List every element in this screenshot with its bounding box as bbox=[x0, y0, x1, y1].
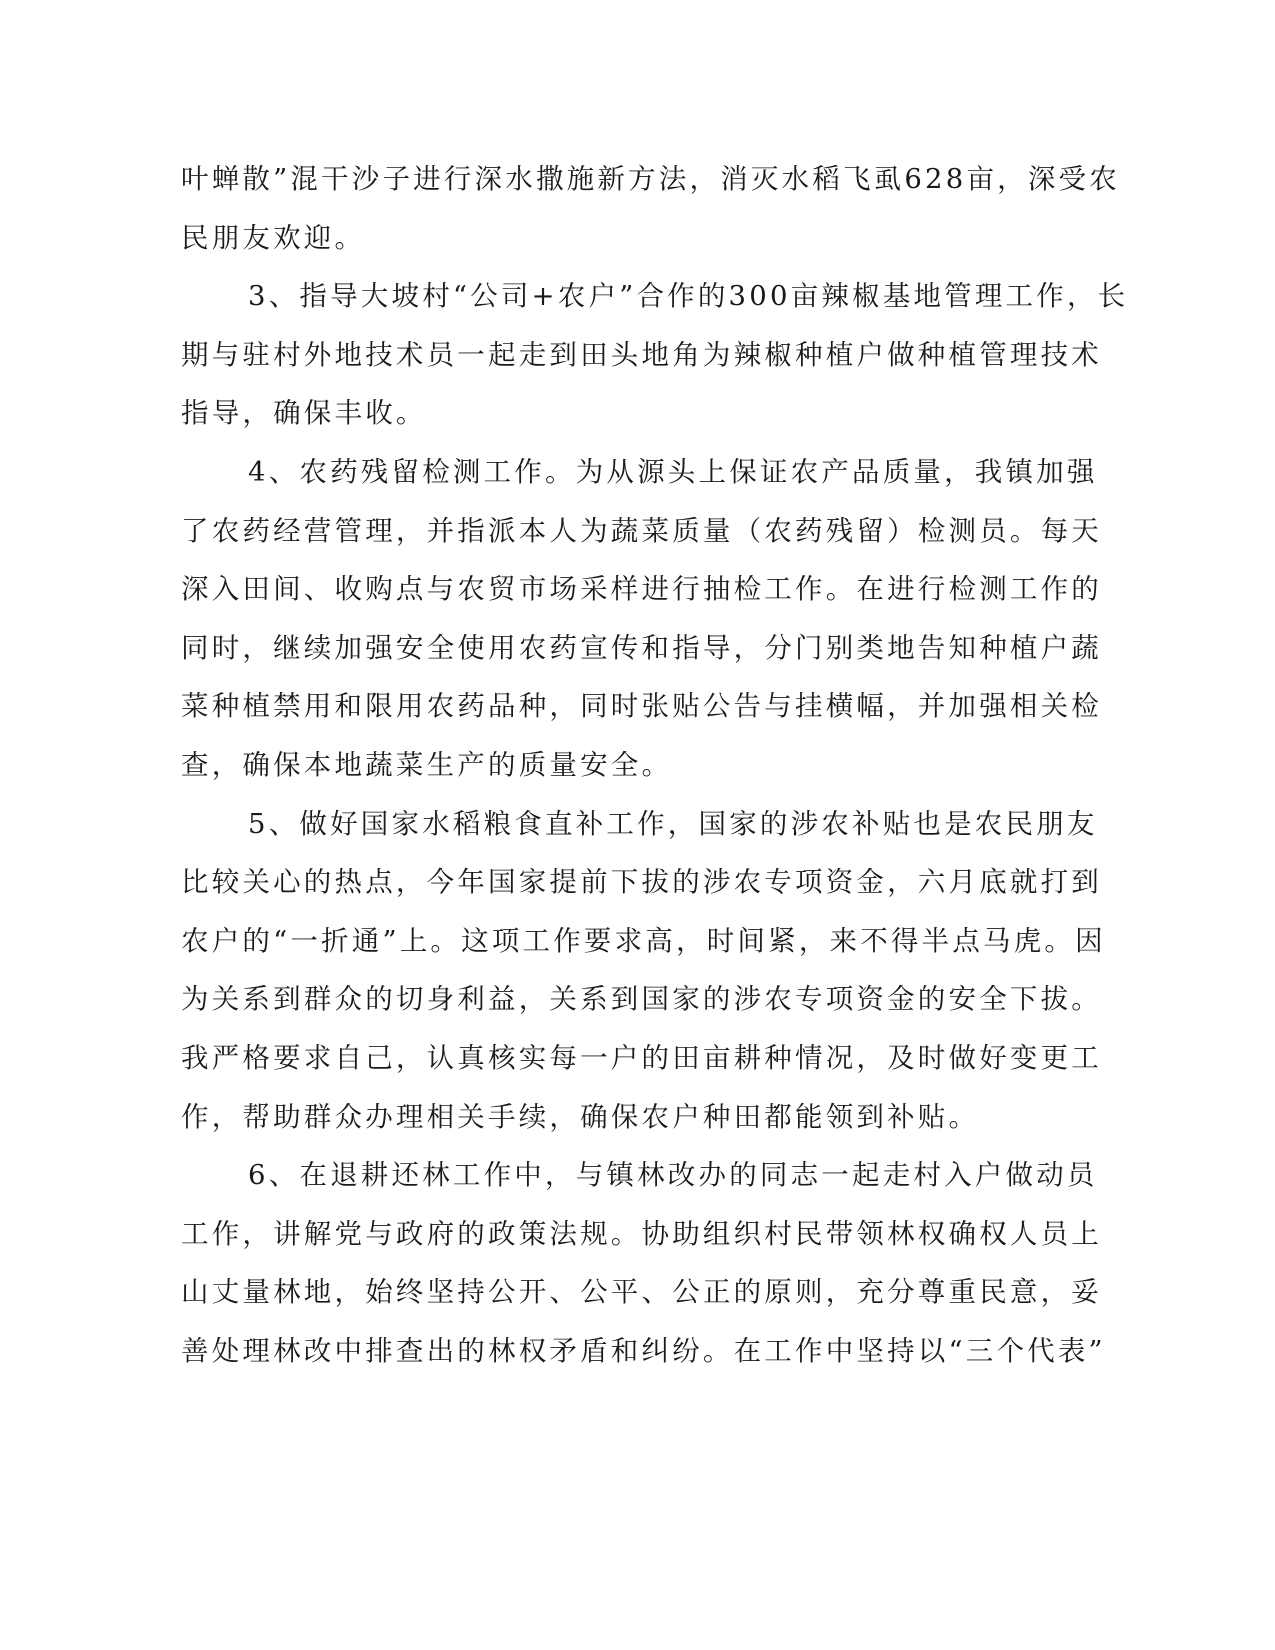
text-line: 工作，讲解党与政府的政策法规。协助组织村民带领林权确权人员上 bbox=[181, 1205, 1026, 1264]
text-line: 指导，确保丰收。 bbox=[181, 384, 1026, 443]
paragraph-4-start: 4、农药残留检测工作。为从源头上保证农产品质量，我镇加强 bbox=[181, 443, 1026, 502]
text-line: 比较关心的热点，今年国家提前下拔的涉农专项资金，六月底就打到 bbox=[181, 853, 1026, 912]
text-line: 善处理林改中排查出的林权矛盾和纠纷。在工作中坚持以“三个代表” bbox=[181, 1322, 1026, 1381]
paragraph-6-start: 6、在退耕还林工作中，与镇林改办的同志一起走村入户做动员 bbox=[181, 1146, 1026, 1205]
text-line: 期与驻村外地技术员一起走到田头地角为辣椒种植户做种植管理技术 bbox=[181, 326, 1026, 385]
text-line: 同时，继续加强安全使用农药宣传和指导，分门别类地告知种植户蔬 bbox=[181, 619, 1026, 678]
text-line: 菜种植禁用和限用农药品种，同时张贴公告与挂横幅，并加强相关检 bbox=[181, 677, 1026, 736]
text-line: 了农药经营管理，并指派本人为蔬菜质量（农药残留）检测员。每天 bbox=[181, 502, 1026, 561]
text-line: 查，确保本地蔬菜生产的质量安全。 bbox=[181, 736, 1026, 795]
text-line: 叶蝉散”混干沙子进行深水撒施新方法，消灭水稻飞虱628亩，深受农 bbox=[181, 150, 1026, 209]
document-page: 叶蝉散”混干沙子进行深水撒施新方法，消灭水稻飞虱628亩，深受农 民朋友欢迎。 … bbox=[181, 150, 1026, 1380]
text-line: 民朋友欢迎。 bbox=[181, 209, 1026, 268]
text-line: 山丈量林地，始终坚持公开、公平、公正的原则，充分尊重民意，妥 bbox=[181, 1263, 1026, 1322]
text-line: 作，帮助群众办理相关手续，确保农户种田都能领到补贴。 bbox=[181, 1088, 1026, 1147]
text-line: 农户的“一折通”上。这项工作要求高，时间紧，来不得半点马虎。因 bbox=[181, 912, 1026, 971]
paragraph-5-start: 5、做好国家水稻粮食直补工作，国家的涉农补贴也是农民朋友 bbox=[181, 795, 1026, 854]
text-line: 我严格要求自己，认真核实每一户的田亩耕种情况，及时做好变更工 bbox=[181, 1029, 1026, 1088]
text-line: 深入田间、收购点与农贸市场采样进行抽检工作。在进行检测工作的 bbox=[181, 560, 1026, 619]
text-line: 为关系到群众的切身利益，关系到国家的涉农专项资金的安全下拔。 bbox=[181, 970, 1026, 1029]
paragraph-3-start: 3、指导大坡村“公司+农户”合作的300亩辣椒基地管理工作，长 bbox=[181, 267, 1026, 326]
